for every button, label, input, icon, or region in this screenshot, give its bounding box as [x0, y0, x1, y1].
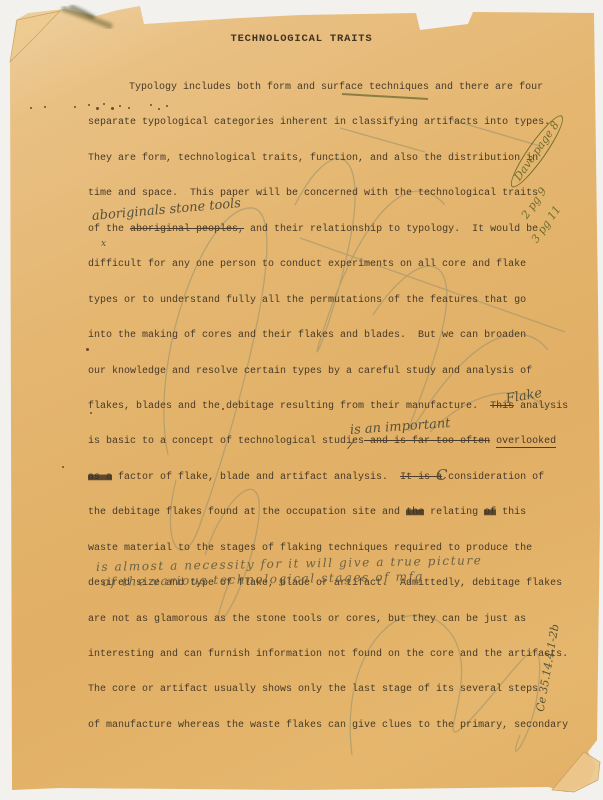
typed-line: Typology includes both form and surface … — [88, 82, 588, 117]
typed-line: as a factor of flake, blade and artifact… — [88, 472, 588, 507]
typed-segment: consideration of — [442, 472, 544, 483]
typed-segment: waste material to the stages of flaking … — [88, 543, 532, 554]
typed-lines: Typology includes both form and surface … — [88, 82, 588, 755]
typed-line: desired size and type of flake, blade or… — [88, 578, 588, 613]
typed-segment: desired size and type of flake, blade or… — [88, 578, 562, 589]
typed-line: into the making of cores and their flake… — [88, 330, 588, 365]
typed-line: are not as glamorous as the stone tools … — [88, 614, 588, 649]
typed-segment: relating — [424, 507, 484, 518]
typed-segment: interesting and can furnish information … — [88, 649, 568, 660]
typed-segment: analysis — [514, 401, 568, 412]
typed-line: separate typological categories inherent… — [88, 117, 588, 152]
typed-line: of manufacture whereas the waste flakes … — [88, 720, 588, 755]
typed-segment: flakes, blades and the debitage resultin… — [88, 401, 490, 412]
typed-segment-underline: overlooked — [496, 436, 556, 448]
typed-line: the debitage flakes found at the occupat… — [88, 507, 588, 542]
typed-line: time and space. This paper will be conce… — [88, 188, 588, 223]
typed-line: is basic to a concept of technological s… — [88, 436, 588, 471]
typed-segment: this — [496, 507, 526, 518]
typed-segment: They are form, technological traits, fun… — [88, 153, 538, 164]
typed-segment: and their relationship to typology. It w… — [244, 224, 538, 235]
scanned-document-page: { "document": { "title": "TECHNOLOGICAL … — [0, 0, 603, 800]
typed-segment: types or to understand fully all the per… — [88, 295, 526, 306]
typed-segment: into the making of cores and their flake… — [88, 330, 526, 341]
typed-segment-strike: aboriginal peoples, — [130, 224, 244, 235]
typed-segment: factor of flake, blade and artifact anal… — [112, 472, 400, 483]
typed-segment: are not as glamorous as the stone tools … — [88, 614, 526, 625]
typed-line: our knowledge and resolve certain types … — [88, 366, 588, 401]
typed-line: of the aboriginal peoples, and their rel… — [88, 224, 588, 259]
typed-segment: our knowledge and resolve certain types … — [88, 366, 532, 377]
typed-line: difficult for any one person to conduct … — [88, 259, 588, 294]
typed-line: They are form, technological traits, fun… — [88, 153, 588, 188]
typed-segment-strike: This — [490, 401, 514, 412]
typed-line: interesting and can furnish information … — [88, 649, 588, 684]
typed-segment: is basic to a concept of technological s… — [88, 436, 364, 447]
typed-segment: separate typological categories inherent… — [88, 117, 550, 128]
typed-line: The core or artifact usually shows only … — [88, 684, 588, 719]
typed-segment-scribble: as a — [88, 472, 112, 483]
typed-line: waste material to the stages of flaking … — [88, 543, 588, 578]
typed-segment: of manufacture whereas the waste flakes … — [88, 720, 568, 731]
typed-segment: difficult for any one person to conduct … — [88, 259, 526, 270]
typed-segment: time and space. This paper will be conce… — [88, 188, 538, 199]
typed-segment-scribble: of — [484, 507, 496, 518]
typed-segment-strike: It is a — [400, 472, 442, 483]
typed-segment-scribble: the — [406, 507, 424, 518]
typed-segment-strike: and is far too often — [364, 436, 490, 447]
typed-line: flakes, blades and the debitage resultin… — [88, 401, 588, 436]
typed-segment: The core or artifact usually shows only … — [88, 684, 538, 695]
typed-segment: the debitage flakes found at the occupat… — [88, 507, 406, 518]
page-title: TECHNOLOGICAL TRAITS — [0, 33, 603, 45]
typed-line: types or to understand fully all the per… — [88, 295, 588, 330]
typed-segment: of the — [88, 224, 130, 235]
typed-segment: Typology includes both form and surface … — [129, 82, 543, 93]
